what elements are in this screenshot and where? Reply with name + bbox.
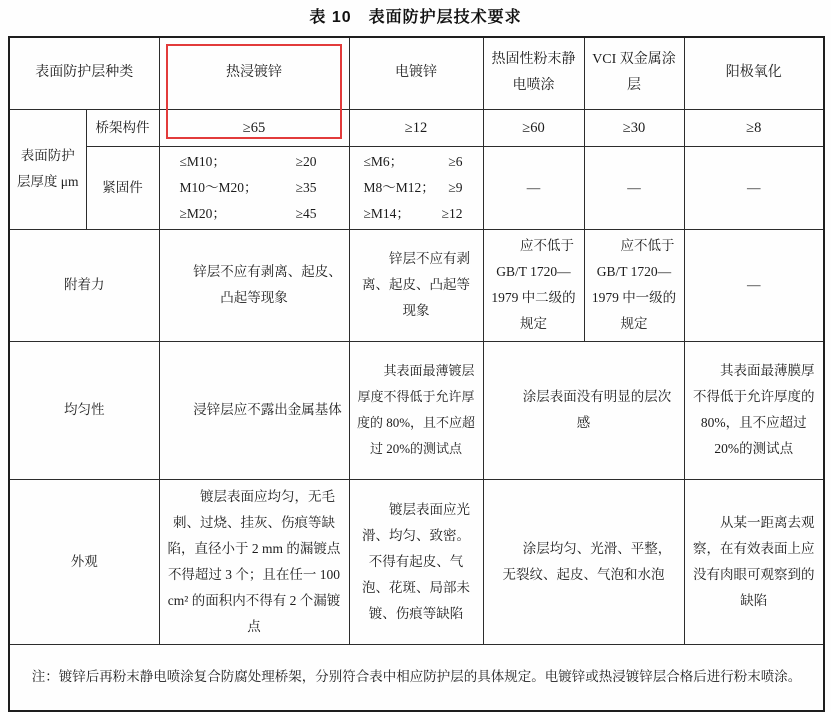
header-powder-coating: 热固性粉末静电喷涂 [483,37,584,109]
bracket-powder-value: ≥60 [483,109,584,146]
fastener-spec: ≤M6； [364,149,404,175]
fastener-spec: ≥M14； [364,201,410,227]
fastener-value: ≥9 [448,175,462,201]
fastener-powder-dash: — [483,146,584,229]
header-vci-bimetal: VCI 双金属涂层 [584,37,684,109]
thickness-group-label: 表面防护层厚度 μm [9,109,86,229]
uniformity-hot-dip: 浸锌层应不露出金属基体 [159,341,349,479]
appearance-anodize: 从某一距离去观察，在有效表面上应没有肉眼可观察到的缺陷 [684,479,824,644]
uniformity-row: 均匀性 浸锌层应不露出金属基体 其表面最薄镀层厚度不得低于允许厚度的 80%，且… [9,341,824,479]
appearance-row: 外观 镀层表面应均匀，无毛刺、过烧、挂灰、伤痕等缺陷，直径小于 2 mm 的漏镀… [9,479,824,644]
fastener-line: M8～M12；≥9 [364,175,463,201]
bracket-electro-value: ≥12 [349,109,483,146]
fastener-label: 紧固件 [86,146,159,229]
document-page: 表 10 表面防护层技术要求 表面防护层种类 热浸镀锌 电镀锌 热固性粉末静电喷… [0,0,831,712]
appearance-powder-vci: 涂层均匀、光滑、平整，无裂纹、起皮、气泡和水泡 [483,479,684,644]
fastener-electro-cell: ≤M6；≥6 M8～M12；≥9 ≥M14；≥12 [349,146,483,229]
uniformity-anodize: 其表面最薄膜厚不得低于允许厚度的 80%，且不应超过20%的测试点 [684,341,824,479]
header-anodizing: 阳极氧化 [684,37,824,109]
fastener-electro-list: ≤M6；≥6 M8～M12；≥9 ≥M14；≥12 [356,149,477,227]
bracket-hot-dip-value: ≥65 [159,109,349,146]
adhesion-vci: 应不低于 GB/T 1720—1979 中一级的规定 [584,229,684,341]
thickness-fastener-row: 紧固件 ≤M10；≥20 M10～M20；≥35 ≥M20；≥45 ≤M6；≥6… [9,146,824,229]
fastener-line: ≤M10；≥20 [180,149,317,175]
adhesion-row: 附着力 锌层不应有剥离、起皮、凸起等现象 锌层不应有剥离、起皮、凸起等现象 应不… [9,229,824,341]
bracket-component-label: 桥架构件 [86,109,159,146]
table-title: 表 10 表面防护层技术要求 [0,4,831,27]
uniformity-label: 均匀性 [9,341,159,479]
header-hot-dip-galvanizing: 热浸镀锌 [159,37,349,109]
thickness-bracket-row: 表面防护层厚度 μm 桥架构件 ≥65 ≥12 ≥60 ≥30 ≥8 [9,109,824,146]
fastener-value: ≥12 [442,201,463,227]
fastener-spec: M10～M20； [180,175,258,201]
fastener-spec: M8～M12； [364,175,435,201]
adhesion-electro: 锌层不应有剥离、起皮、凸起等现象 [349,229,483,341]
appearance-label: 外观 [9,479,159,644]
appearance-electro: 镀层表面应光滑、均匀、致密。不得有起皮、气泡、花斑、局部未镀、伤痕等缺陷 [349,479,483,644]
adhesion-anodize-dash: — [684,229,824,341]
fastener-line: M10～M20；≥35 [180,175,317,201]
header-type-label: 表面防护层种类 [9,37,159,109]
bracket-anodize-value: ≥8 [684,109,824,146]
fastener-spec: ≥M20； [180,201,226,227]
fastener-value: ≥6 [448,149,462,175]
fastener-spec: ≤M10； [180,149,226,175]
fastener-value: ≥20 [296,149,317,175]
adhesion-powder: 应不低于 GB/T 1720—1979 中二级的规定 [483,229,584,341]
bracket-vci-value: ≥30 [584,109,684,146]
fastener-value: ≥35 [296,175,317,201]
note-body: 注：镀锌后再粉末静电喷涂复合防腐处理桥架，分别符合表中相应防护层的具体规定。电镀… [16,664,817,690]
fastener-anodize-dash: — [684,146,824,229]
uniformity-electro: 其表面最薄镀层厚度不得低于允许厚度的 80%，且不应超过 20%的测试点 [349,341,483,479]
uniformity-powder-vci: 涂层表面没有明显的层次感 [483,341,684,479]
note-prefix: 注： [32,669,59,684]
fastener-hot-dip-list: ≤M10；≥20 M10～M20；≥35 ≥M20；≥45 [166,149,343,227]
fastener-line: ≥M14；≥12 [364,201,463,227]
adhesion-hot-dip: 锌层不应有剥离、起皮、凸起等现象 [159,229,349,341]
fastener-line: ≤M6；≥6 [364,149,463,175]
adhesion-label: 附着力 [9,229,159,341]
fastener-line: ≥M20；≥45 [180,201,317,227]
fastener-value: ≥45 [296,201,317,227]
header-electro-galvanizing: 电镀锌 [349,37,483,109]
note-row: 注：镀锌后再粉末静电喷涂复合防腐处理桥架，分别符合表中相应防护层的具体规定。电镀… [9,644,824,711]
fastener-vci-dash: — [584,146,684,229]
note-text: 镀锌后再粉末静电喷涂复合防腐处理桥架，分别符合表中相应防护层的具体规定。电镀锌或… [59,669,802,684]
fastener-hot-dip-cell: ≤M10；≥20 M10～M20；≥35 ≥M20；≥45 [159,146,349,229]
header-row: 表面防护层种类 热浸镀锌 电镀锌 热固性粉末静电喷涂 VCI 双金属涂层 阳极氧… [9,37,824,109]
spec-table: 表面防护层种类 热浸镀锌 电镀锌 热固性粉末静电喷涂 VCI 双金属涂层 阳极氧… [8,36,825,712]
appearance-hot-dip: 镀层表面应均匀，无毛刺、过烧、挂灰、伤痕等缺陷，直径小于 2 mm 的漏镀点不得… [159,479,349,644]
note-cell: 注：镀锌后再粉末静电喷涂复合防腐处理桥架，分别符合表中相应防护层的具体规定。电镀… [9,644,824,711]
